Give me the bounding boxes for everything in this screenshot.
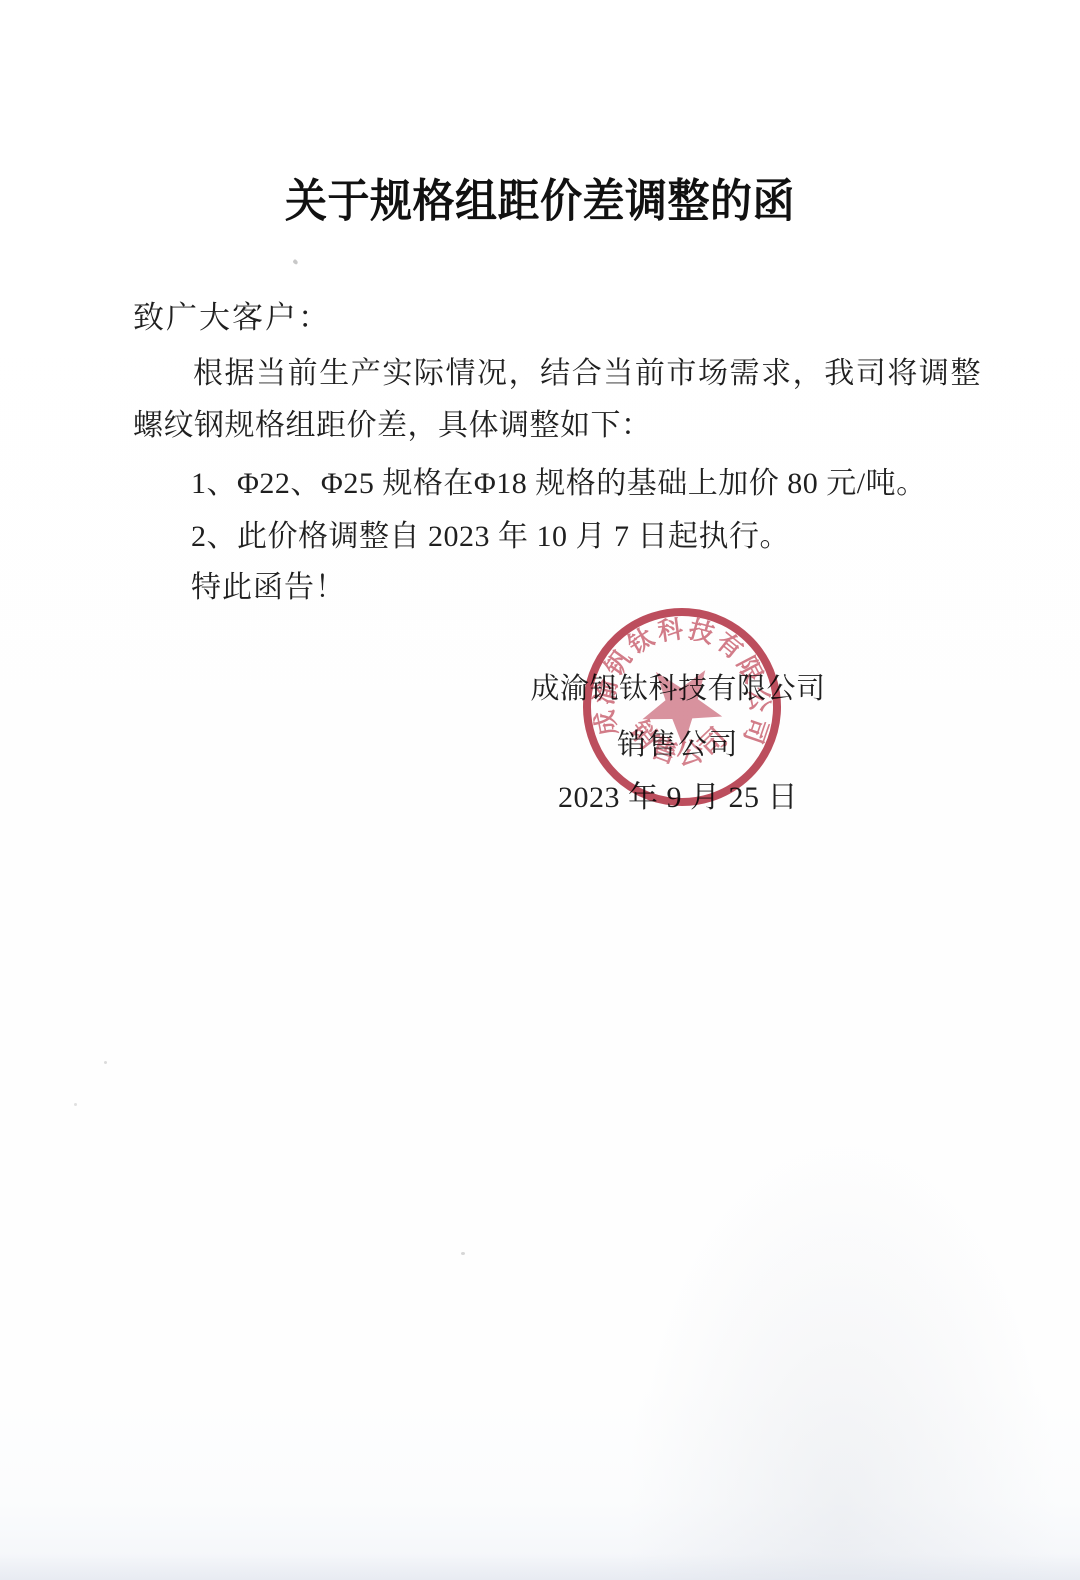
list-item-1: 1、Φ22、Φ25 规格在Φ18 规格的基础上加价 80 元/吨。: [191, 458, 927, 502]
scan-speck: [461, 1252, 465, 1255]
page-title: 关于规格组距价差调整的函: [0, 166, 1080, 231]
list-item-2: 2、此价格调整自 2023 年 10 月 7 日起执行。: [191, 511, 790, 555]
scan-speck: [104, 1061, 107, 1064]
body-paragraph: 根据当前生产实际情况，结合当前市场需求，我司将调整螺纹钢规格组距价差，具体调整如…: [133, 348, 981, 452]
scan-speck: [292, 259, 298, 265]
greeting-line: 致广大客户：: [133, 292, 331, 337]
company-seal-stamp: 成渝钒钛科技有限公司 销售公司: [559, 584, 804, 829]
scan-speck: [74, 1103, 77, 1106]
closing-phrase: 特此函告！: [191, 562, 346, 606]
letter-page: 关于规格组距价差调整的函 致广大客户： 根据当前生产实际情况，结合当前市场需求，…: [0, 0, 1080, 1580]
